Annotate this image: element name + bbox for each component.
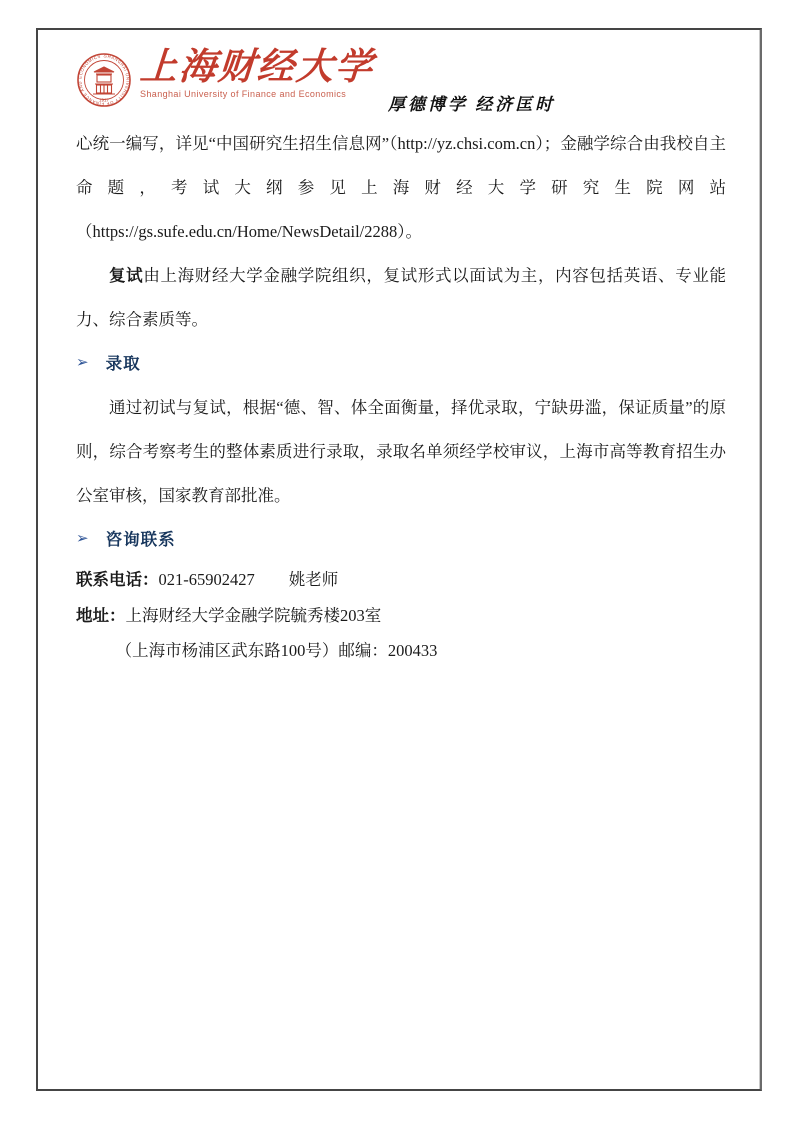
contact-address-line2: （上海市杨浦区武东路100号）邮编：200433: [76, 633, 726, 669]
contact-person: 姚老师: [289, 570, 339, 589]
retest-text: 由上海财经大学金融学院组织，复试形式以面试为主，内容包括英语、专业能力、综合素质…: [76, 266, 726, 329]
phone-number: 021-65902427: [159, 570, 255, 589]
university-seal-icon: SHANGHAI UNIVERSITY OF FINANCE AND ECONO…: [76, 48, 132, 116]
seal-year: 1917: [99, 98, 110, 103]
contact-phone-line: 联系电话：021-65902427姚老师: [76, 562, 726, 598]
arrow-bullet-icon: ➢: [76, 348, 90, 378]
university-motto: 厚德博学 经济匡时: [388, 90, 555, 115]
contact-address-line: 地址：上海财经大学金融学院毓秀楼203室: [76, 598, 726, 634]
document-body: 心统一编写，详见“中国研究生招生信息网”（http://yz.chsi.com.…: [76, 122, 726, 669]
university-name-en: Shanghai University of Finance and Econo…: [140, 89, 374, 99]
retest-keyword: 复试: [109, 266, 143, 285]
section-heading-contact: ➢ 咨询联系: [76, 525, 726, 555]
contact-block: 联系电话：021-65902427姚老师 地址：上海财经大学金融学院毓秀楼203…: [76, 562, 726, 669]
section-title-admission: 录取: [106, 349, 141, 379]
arrow-bullet-icon: ➢: [76, 524, 90, 554]
paragraph-exam-info: 心统一编写，详见“中国研究生招生信息网”（http://yz.chsi.com.…: [76, 122, 726, 254]
university-name-cn: 上海财经大学: [139, 48, 376, 88]
section-title-contact: 咨询联系: [106, 525, 176, 555]
university-header: SHANGHAI UNIVERSITY OF FINANCE AND ECONO…: [76, 48, 555, 116]
university-brand: 上海财经大学 Shanghai University of Finance an…: [140, 48, 374, 99]
phone-label: 联系电话：: [76, 570, 159, 589]
address-value: 上海财经大学金融学院毓秀楼203室: [126, 606, 382, 625]
address-label: 地址：: [76, 606, 126, 625]
paragraph-admission: 通过初试与复试，根据“德、智、体全面衡量，择优录取，宁缺毋滥，保证质量”的原则，…: [76, 386, 726, 518]
section-heading-admission: ➢ 录取: [76, 349, 726, 379]
paragraph-retest: 复试由上海财经大学金融学院组织，复试形式以面试为主，内容包括英语、专业能力、综合…: [76, 254, 726, 342]
